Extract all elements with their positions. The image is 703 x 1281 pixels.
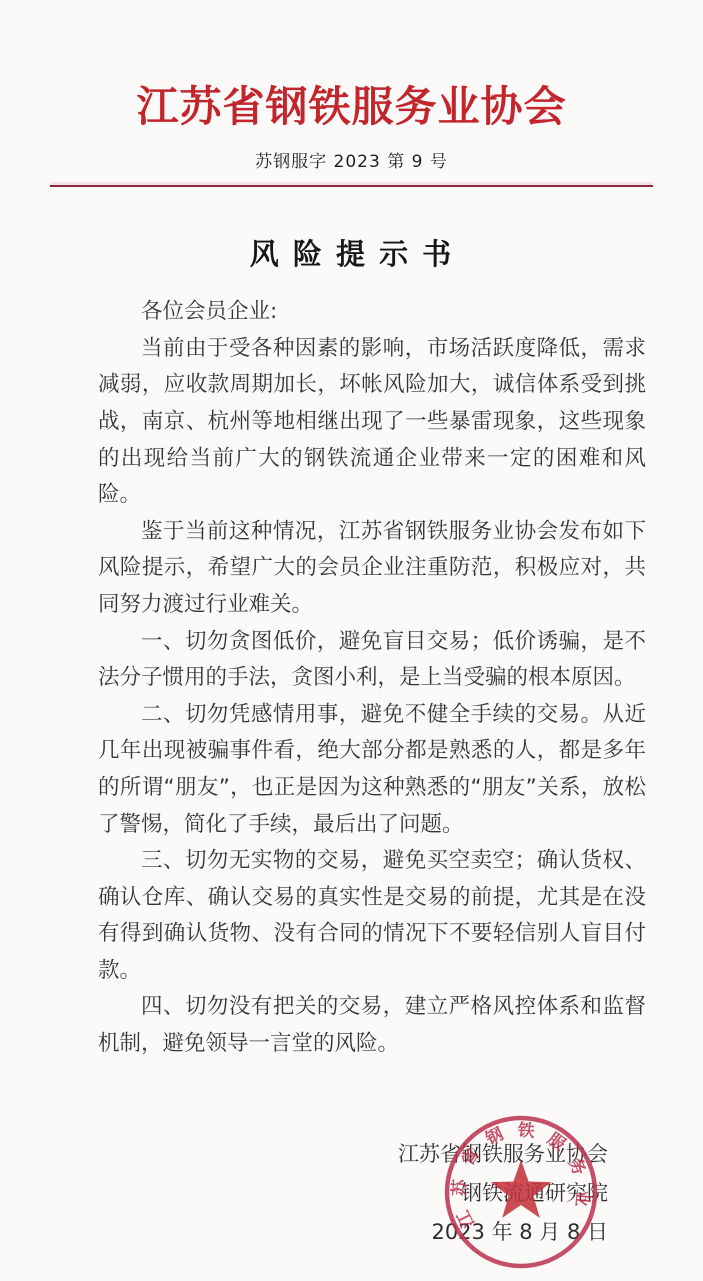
risk-item: 四、切勿没有把关的交易，建立严格风控体系和监督机制，避免领导一言堂的风险。 — [98, 989, 646, 1062]
document-page: 江苏省钢铁服务业协会 苏钢服字 2023 第 9 号 风 险 提 示 书 各位会… — [0, 0, 703, 1281]
intro-paragraph: 鉴于当前这种情况，江苏省钢铁服务业协会发布如下风险提示，希望广大的会员企业注重防… — [98, 514, 646, 624]
red-divider-rule — [50, 185, 653, 187]
salutation: 各位会员企业: — [98, 294, 646, 331]
notice-body: 各位会员企业: 当前由于受各种因素的影响，市场活跃度降低，需求减弱，应收款周期加… — [98, 294, 646, 1062]
document-number: 苏钢服字 2023 第 9 号 — [0, 147, 703, 172]
signature-dept: 钢铁流通研究院 — [398, 1174, 608, 1213]
association-title: 江苏省钢铁服务业协会 — [0, 0, 703, 130]
risk-item: 一、切勿贪图低价，避免盲目交易；低价诱骗，是不法分子惯用的手法，贪图小利，是上当… — [98, 624, 646, 697]
signature-org: 江苏省钢铁服务业协会 — [398, 1135, 608, 1174]
intro-paragraph: 当前由于受各种因素的影响，市场活跃度降低，需求减弱，应收款周期加长，坏帐风险加大… — [98, 331, 646, 514]
risk-item: 三、切勿无实物的交易，避免买空卖空；确认货权、确认仓库、确认交易的真实性是交易的… — [98, 843, 646, 989]
risk-item: 二、切勿凭感情用事，避免不健全手续的交易。从近几年出现被骗事件看，绝大部分都是熟… — [98, 697, 646, 843]
signature-date: 2023 年 8 月 8 日 — [398, 1213, 608, 1252]
signature-block: 江苏省钢铁服务业协会 钢铁流通研究院 2023 年 8 月 8 日 — [398, 1135, 608, 1251]
notice-title: 风 险 提 示 书 — [0, 232, 703, 273]
